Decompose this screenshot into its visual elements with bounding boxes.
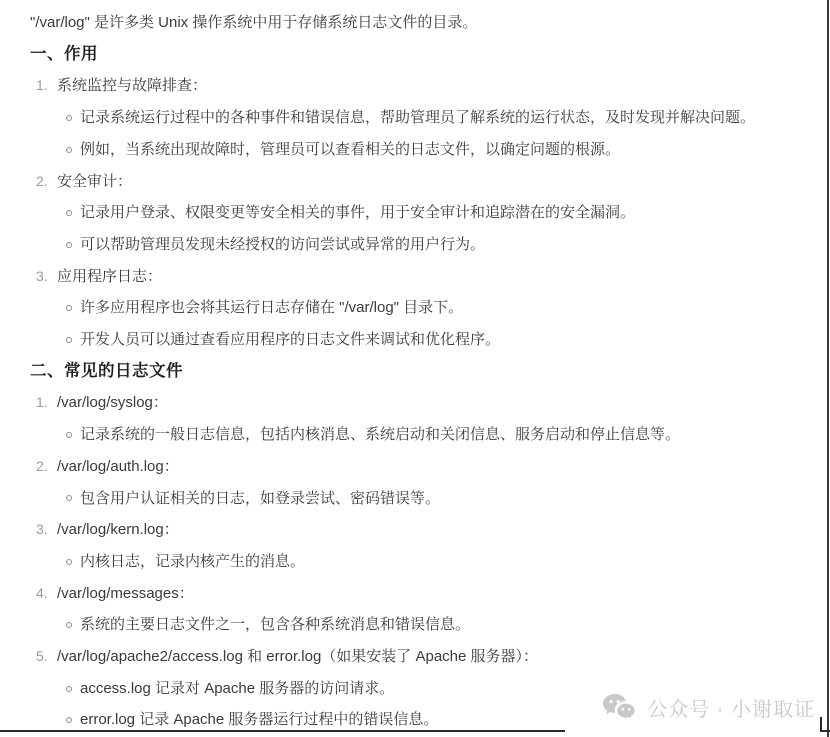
list-item-label: /var/log/auth.log： xyxy=(57,451,179,483)
list-item-number: 2. xyxy=(36,166,57,198)
section-heading: 一、作用 xyxy=(30,39,800,71)
bullet-text: 许多应用程序也会将其运行日志存储在 "/var/log" 目录下。 xyxy=(80,292,463,324)
list-item-label: 系统监控与故障排查： xyxy=(57,70,207,102)
bullet-item: access.log 记录对 Apache 服务器的访问请求。 xyxy=(30,673,800,705)
bullet-text: 内核日志，记录内核产生的消息。 xyxy=(80,546,305,578)
bullet-text: 系统的主要日志文件之一，包含各种系统消息和错误信息。 xyxy=(80,609,470,641)
bullet-text: 记录系统运行过程中的各种事件和错误信息，帮助管理员了解系统的运行状态，及时发现并… xyxy=(80,102,755,134)
list-item-number: 1. xyxy=(36,70,57,102)
circle-bullet-icon xyxy=(66,622,72,628)
section-heading: 二、常见的日志文件 xyxy=(30,356,800,388)
bullet-item: 内核日志，记录内核产生的消息。 xyxy=(30,546,800,578)
bullet-text: 记录用户登录、权限变更等安全相关的事件，用于安全审计和追踪潜在的安全漏洞。 xyxy=(80,197,635,229)
bullet-item: 系统的主要日志文件之一，包含各种系统消息和错误信息。 xyxy=(30,609,800,641)
circle-bullet-icon xyxy=(66,686,72,692)
list-item: 2.安全审计： xyxy=(30,166,800,198)
list-item: 3./var/log/kern.log： xyxy=(30,514,800,546)
list-item: 5./var/log/apache2/access.log 和 error.lo… xyxy=(30,641,800,673)
circle-bullet-icon xyxy=(66,432,72,438)
table-top-border xyxy=(0,730,565,732)
document-page: "/var/log" 是许多类 Unix 操作系统中用于存储系统日志文件的目录。… xyxy=(0,0,830,737)
list-item-number: 3. xyxy=(36,261,57,293)
bullet-item: 许多应用程序也会将其运行日志存储在 "/var/log" 目录下。 xyxy=(30,292,800,324)
window-right-border xyxy=(827,0,829,737)
list-item: 3.应用程序日志： xyxy=(30,261,800,293)
circle-bullet-icon xyxy=(66,559,72,565)
bullet-item: 记录系统的一般日志信息，包括内核消息、系统启动和关闭信息、服务启动和停止信息等。 xyxy=(30,419,800,451)
bullet-item: 记录系统运行过程中的各种事件和错误信息，帮助管理员了解系统的运行状态，及时发现并… xyxy=(30,102,800,134)
circle-bullet-icon xyxy=(66,242,72,248)
bullet-item: 记录用户登录、权限变更等安全相关的事件，用于安全审计和追踪潜在的安全漏洞。 xyxy=(30,197,800,229)
intro-paragraph: "/var/log" 是许多类 Unix 操作系统中用于存储系统日志文件的目录。 xyxy=(30,7,800,39)
bullet-item: 可以帮助管理员发现未经授权的访问尝试或异常的用户行为。 xyxy=(30,229,800,261)
list-item-label: /var/log/kern.log： xyxy=(57,514,179,546)
list-item-number: 4. xyxy=(36,578,57,610)
bullet-text: 开发人员可以通过查看应用程序的日志文件来调试和优化程序。 xyxy=(80,324,500,356)
circle-bullet-icon xyxy=(66,147,72,153)
bullet-item: 包含用户认证相关的日志，如登录尝试、密码错误等。 xyxy=(30,483,800,515)
bullet-text: 记录系统的一般日志信息，包括内核消息、系统启动和关闭信息、服务启动和停止信息等。 xyxy=(80,419,680,451)
bullet-item: 开发人员可以通过查看应用程序的日志文件来调试和优化程序。 xyxy=(30,324,800,356)
circle-bullet-icon xyxy=(66,305,72,311)
circle-bullet-icon xyxy=(66,495,72,501)
list-item-number: 3. xyxy=(36,514,57,546)
list-item-label: /var/log/apache2/access.log 和 error.log（… xyxy=(57,641,538,673)
bullet-text: 例如，当系统出现故障时，管理员可以查看相关的日志文件，以确定问题的根源。 xyxy=(80,134,620,166)
list-item-number: 1. xyxy=(36,387,57,419)
list-item-number: 2. xyxy=(36,451,57,483)
circle-bullet-icon xyxy=(66,210,72,216)
list-item: 2./var/log/auth.log： xyxy=(30,451,800,483)
list-item-label: /var/log/messages： xyxy=(57,578,194,610)
bullet-text: 包含用户认证相关的日志，如登录尝试、密码错误等。 xyxy=(80,483,440,515)
list-item: 1./var/log/syslog： xyxy=(30,387,800,419)
list-item-number: 5. xyxy=(36,641,57,673)
list-item-label: 安全审计： xyxy=(57,166,132,198)
bullet-item: 例如，当系统出现故障时，管理员可以查看相关的日志文件，以确定问题的根源。 xyxy=(30,134,800,166)
border-corner-mark xyxy=(820,717,830,732)
list-item: 4./var/log/messages： xyxy=(30,578,800,610)
bullet-text: 可以帮助管理员发现未经授权的访问尝试或异常的用户行为。 xyxy=(80,229,485,261)
list-item-label: /var/log/syslog： xyxy=(57,387,168,419)
circle-bullet-icon xyxy=(66,115,72,121)
circle-bullet-icon xyxy=(66,717,72,723)
list-item-label: 应用程序日志： xyxy=(57,261,162,293)
bullet-text: access.log 记录对 Apache 服务器的访问请求。 xyxy=(80,673,394,705)
document-body: 一、作用1.系统监控与故障排查：记录系统运行过程中的各种事件和错误信息，帮助管理… xyxy=(30,39,800,736)
circle-bullet-icon xyxy=(66,337,72,343)
list-item: 1.系统监控与故障排查： xyxy=(30,70,800,102)
